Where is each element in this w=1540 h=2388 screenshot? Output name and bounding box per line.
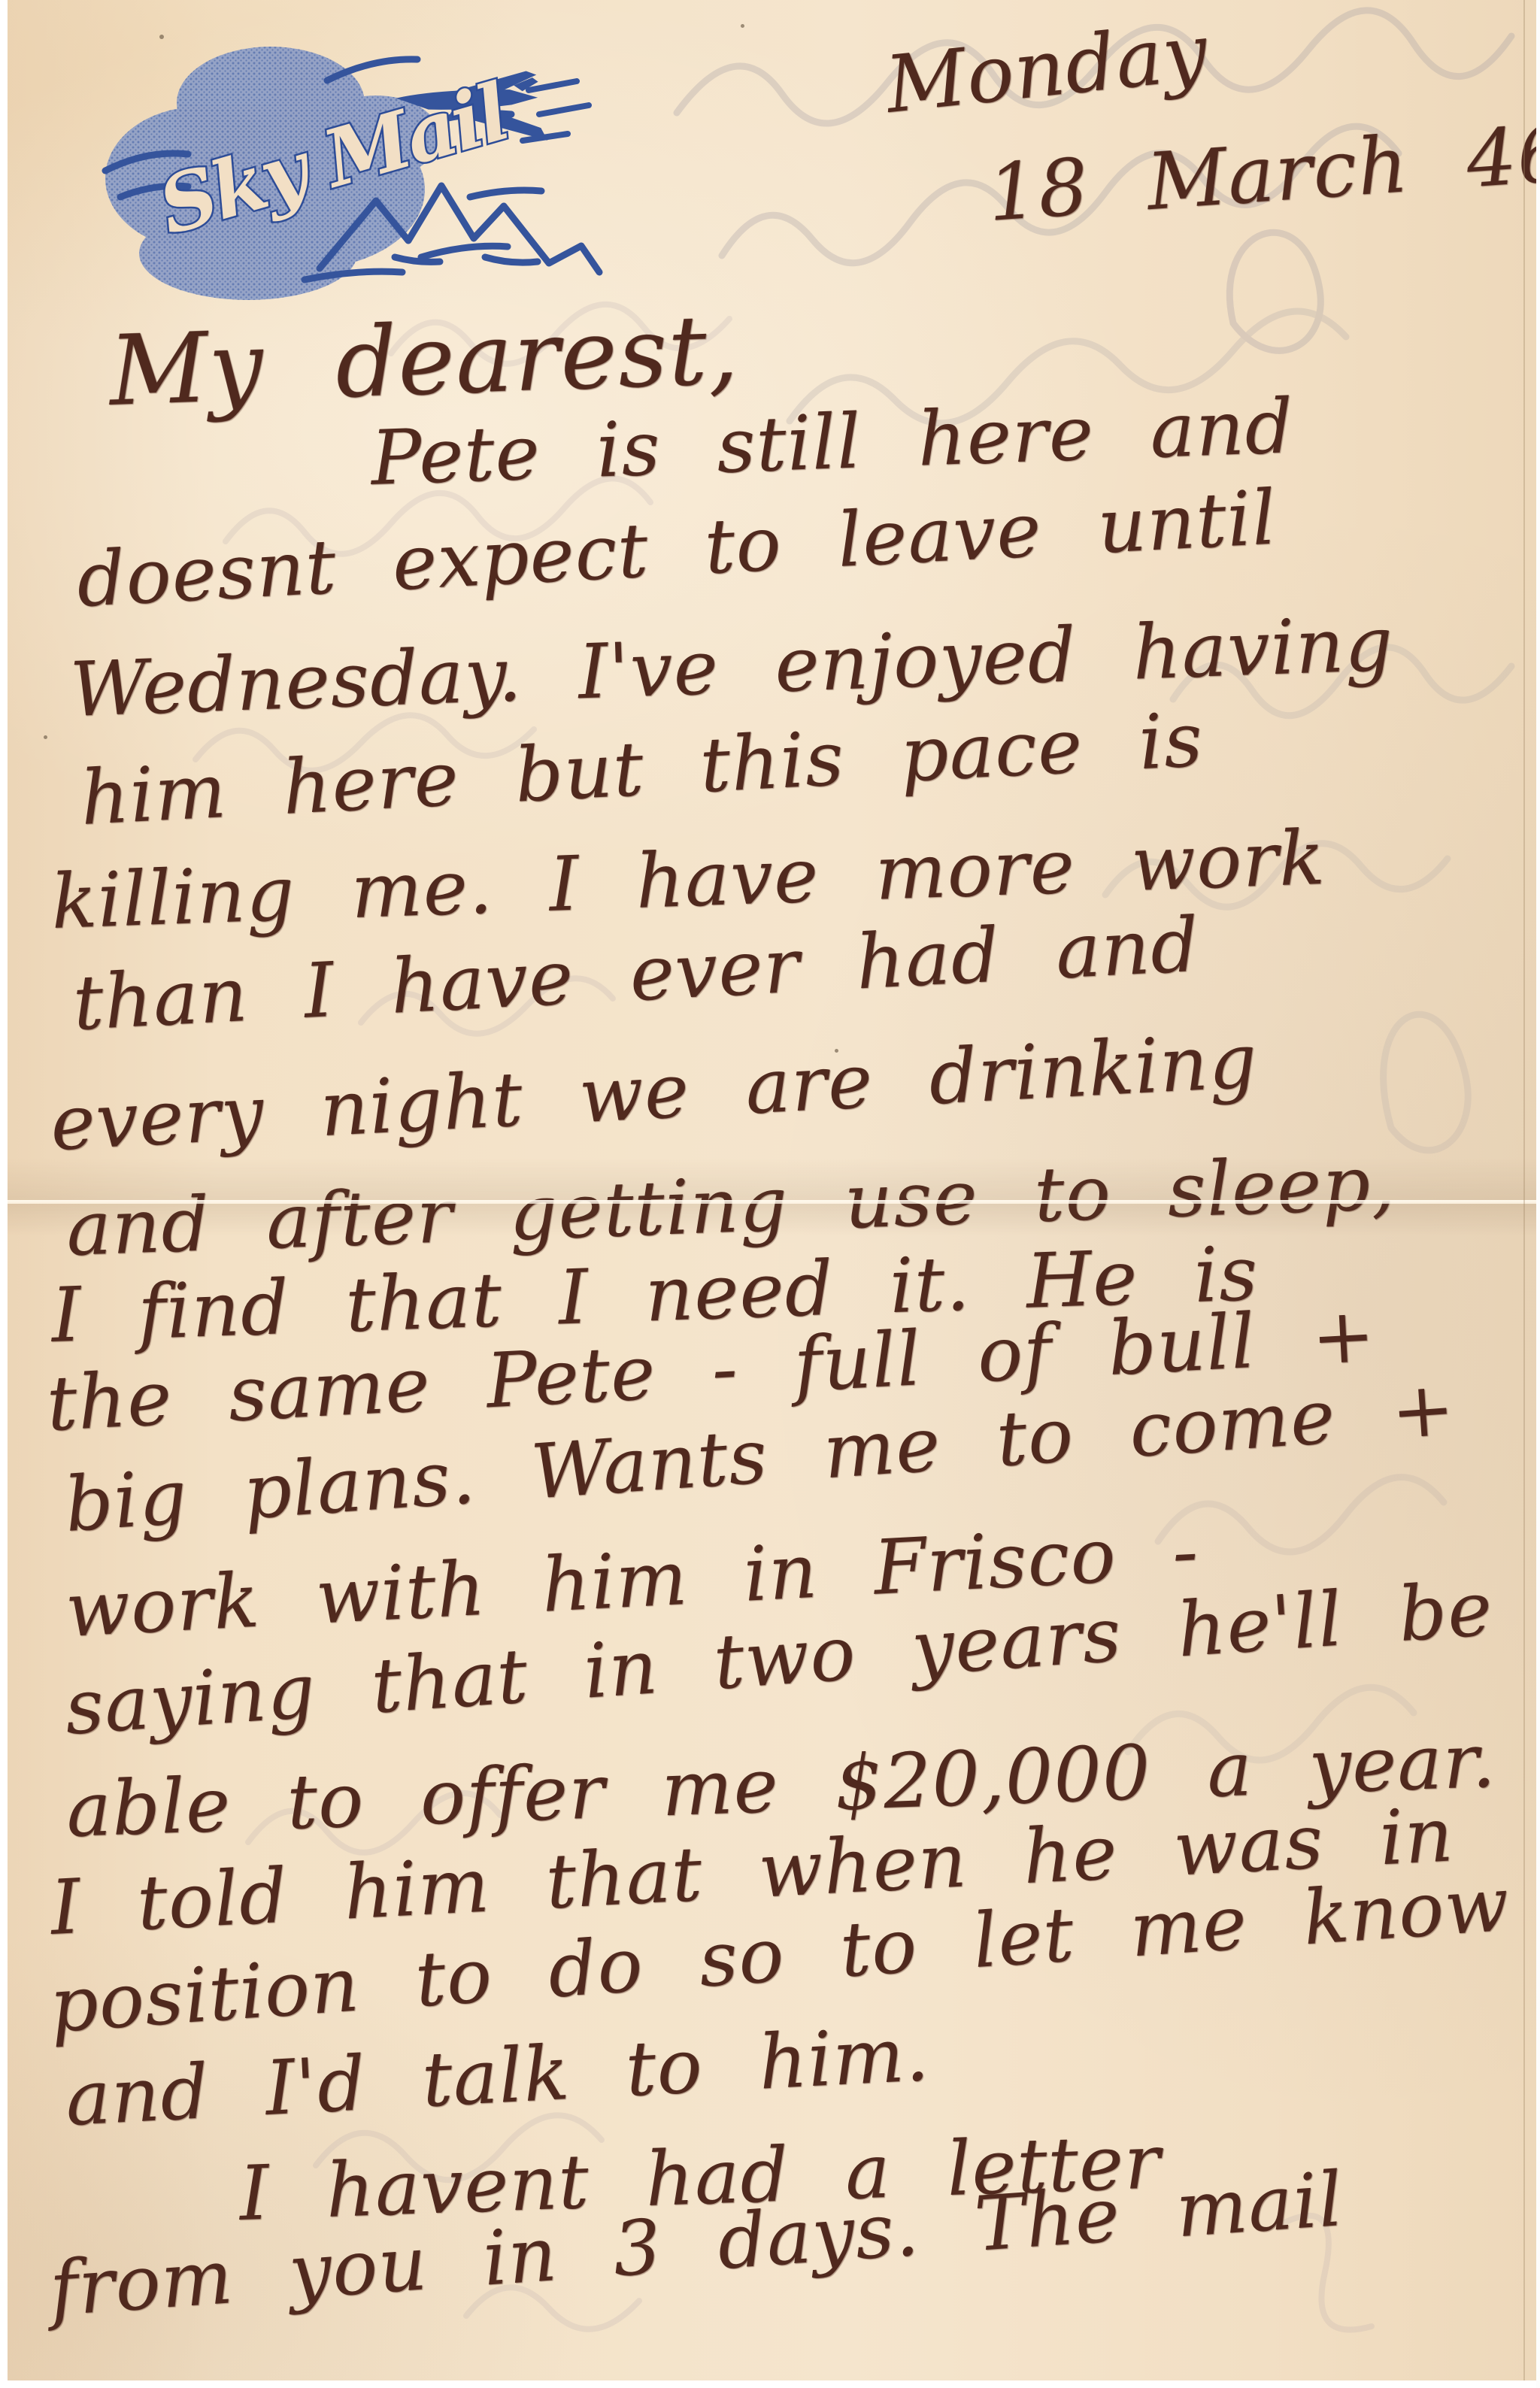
paper-speck — [741, 24, 744, 28]
scan-edge-left — [0, 0, 8, 2388]
fold-crease-shadow — [0, 1158, 1540, 1200]
paper-right-edge — [1523, 0, 1525, 2388]
scan-edge-bottom — [0, 2380, 1540, 2388]
paper-speck — [159, 35, 164, 39]
paper-speck — [44, 735, 47, 739]
paper-speck — [835, 1049, 838, 1053]
letter-page: Sky Mail Monday 18 March 46 My dearest, … — [0, 0, 1540, 2388]
scan-edge-right — [1536, 0, 1540, 2388]
fold-crease-shadow — [0, 1204, 1540, 1235]
skymail-logo: Sky Mail — [79, 9, 605, 310]
